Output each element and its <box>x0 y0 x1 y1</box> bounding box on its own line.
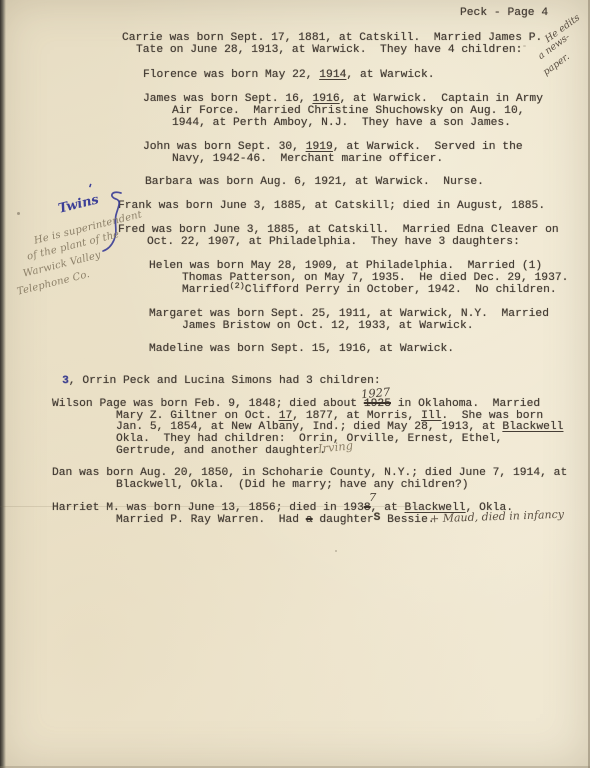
line-madeline: Madeline was born Sept. 15, 1916, at War… <box>149 344 454 356</box>
text-part: , Orrin Peck and Lucina Simons had 3 chi… <box>69 375 381 387</box>
line-margaret-1: Margaret was born Sept. 25, 1911, at War… <box>149 309 549 321</box>
handwritten-correction-7: 7 <box>369 490 376 504</box>
line-john-2: Navy, 1942-46. Merchant marine officer. <box>172 154 443 166</box>
text-part: daughter <box>313 514 374 526</box>
line-james-1: James was born Sept. 16, 1916, at Warwic… <box>143 94 543 106</box>
text-part: , at Warwick. Served in the <box>333 141 523 153</box>
text-part: Jan. 5, 1854, at New Albany, Ind.; died … <box>116 421 502 433</box>
line-fred-1: Fred was born June 3, 1885, at Catskill.… <box>118 225 559 237</box>
line-barbara: Barbara was born Aug. 6, 1921, at Warwic… <box>145 177 484 189</box>
line-helen-1: Helen was born May 28, 1909, at Philadel… <box>149 261 542 273</box>
line-dan-1: Dan was born Aug. 20, 1850, in Schoharie… <box>52 468 567 480</box>
paper-speck <box>17 212 20 215</box>
underlined-place: Blackwell <box>502 421 563 433</box>
handwritten-irving-note: Irving <box>317 438 353 456</box>
handwritten-twins-note: Twins <box>57 192 101 217</box>
line-john-1: John was born Sept. 30, 1919, at Warwick… <box>143 142 523 154</box>
line-james-3: 1944, at Perth Amboy, N.J. They have a s… <box>172 118 511 130</box>
line-wilson-4: Okla. They had children: Orrin, Orville,… <box>116 434 502 446</box>
line-frank: Frank was born June 3, 1885, at Catskill… <box>118 201 545 213</box>
line-wilson-5: Gertrude, and another daughter. <box>116 446 326 458</box>
line-wilson-3: Jan. 5, 1854, at New Albany, Ind.; died … <box>116 422 563 434</box>
inserted-marriage-number: (2) <box>229 281 244 293</box>
struck-letter: a <box>306 514 313 526</box>
underlined-year: 1916 <box>312 93 339 105</box>
text-part: , at Warwick. <box>346 69 434 81</box>
text-part: Harriet M. was born June 13, 1856; died … <box>52 502 364 514</box>
line-section-3: 3, Orrin Peck and Lucina Simons had 3 ch… <box>62 376 381 388</box>
text-part: James was born Sept. 16, <box>143 93 312 105</box>
line-margaret-2: James Bristow on Oct. 12, 1933, at Warwi… <box>182 321 474 333</box>
underlined-year: 1919 <box>306 141 333 153</box>
line-carrie-1: Carrie was born Sept. 17, 1881, at Catsk… <box>122 33 542 45</box>
text-part: Wilson Page was born Feb. 9, 1848; died … <box>52 398 364 410</box>
text-part: John was born Sept. 30, <box>143 141 306 153</box>
scan-edge-left <box>0 0 6 768</box>
line-james-2: Air Force. Married Christine Shuchowsky … <box>172 106 525 118</box>
page-header: Peck - Page 4 <box>460 8 548 20</box>
text-part: Bessie. <box>380 514 434 526</box>
line-florence: Florence was born May 22, 1914, at Warwi… <box>143 70 435 82</box>
inserted-letter-s: S <box>374 513 381 525</box>
text-part: Married P. Ray Warren. Had <box>116 514 306 526</box>
text-part: Married <box>182 284 229 296</box>
handwritten-correction-1927: 1927 <box>360 385 390 401</box>
line-helen-3: Married(2)Clifford Perry in October, 194… <box>182 285 557 297</box>
text-part: Clifford Perry in October, 1942. No chil… <box>245 284 557 296</box>
paper-speck <box>335 550 337 552</box>
line-dan-2: Blackwell, Okla. (Did he marry; have any… <box>116 480 469 492</box>
line-harriet-2: Married P. Ray Warren. Had a daughterS B… <box>116 515 435 527</box>
scanned-document-page: Peck - Page 4 Carrie was born Sept. 17, … <box>0 0 590 768</box>
section-number-overwritten: 3 <box>62 375 69 387</box>
line-wilson-1: Wilson Page was born Feb. 9, 1848; died … <box>52 399 540 411</box>
text-part: Florence was born May 22, <box>143 69 319 81</box>
paper-speck <box>523 45 526 47</box>
line-fred-2: Oct. 22, 1907, at Philadelphia. They hav… <box>147 237 520 249</box>
line-carrie-2: Tate on June 28, 1913, at Warwick. They … <box>136 45 522 57</box>
underlined-year: 1914 <box>319 69 346 81</box>
text-part: in Oklahoma. Married <box>391 398 540 410</box>
text-part: , at Warwick. Captain in Army <box>340 93 543 105</box>
